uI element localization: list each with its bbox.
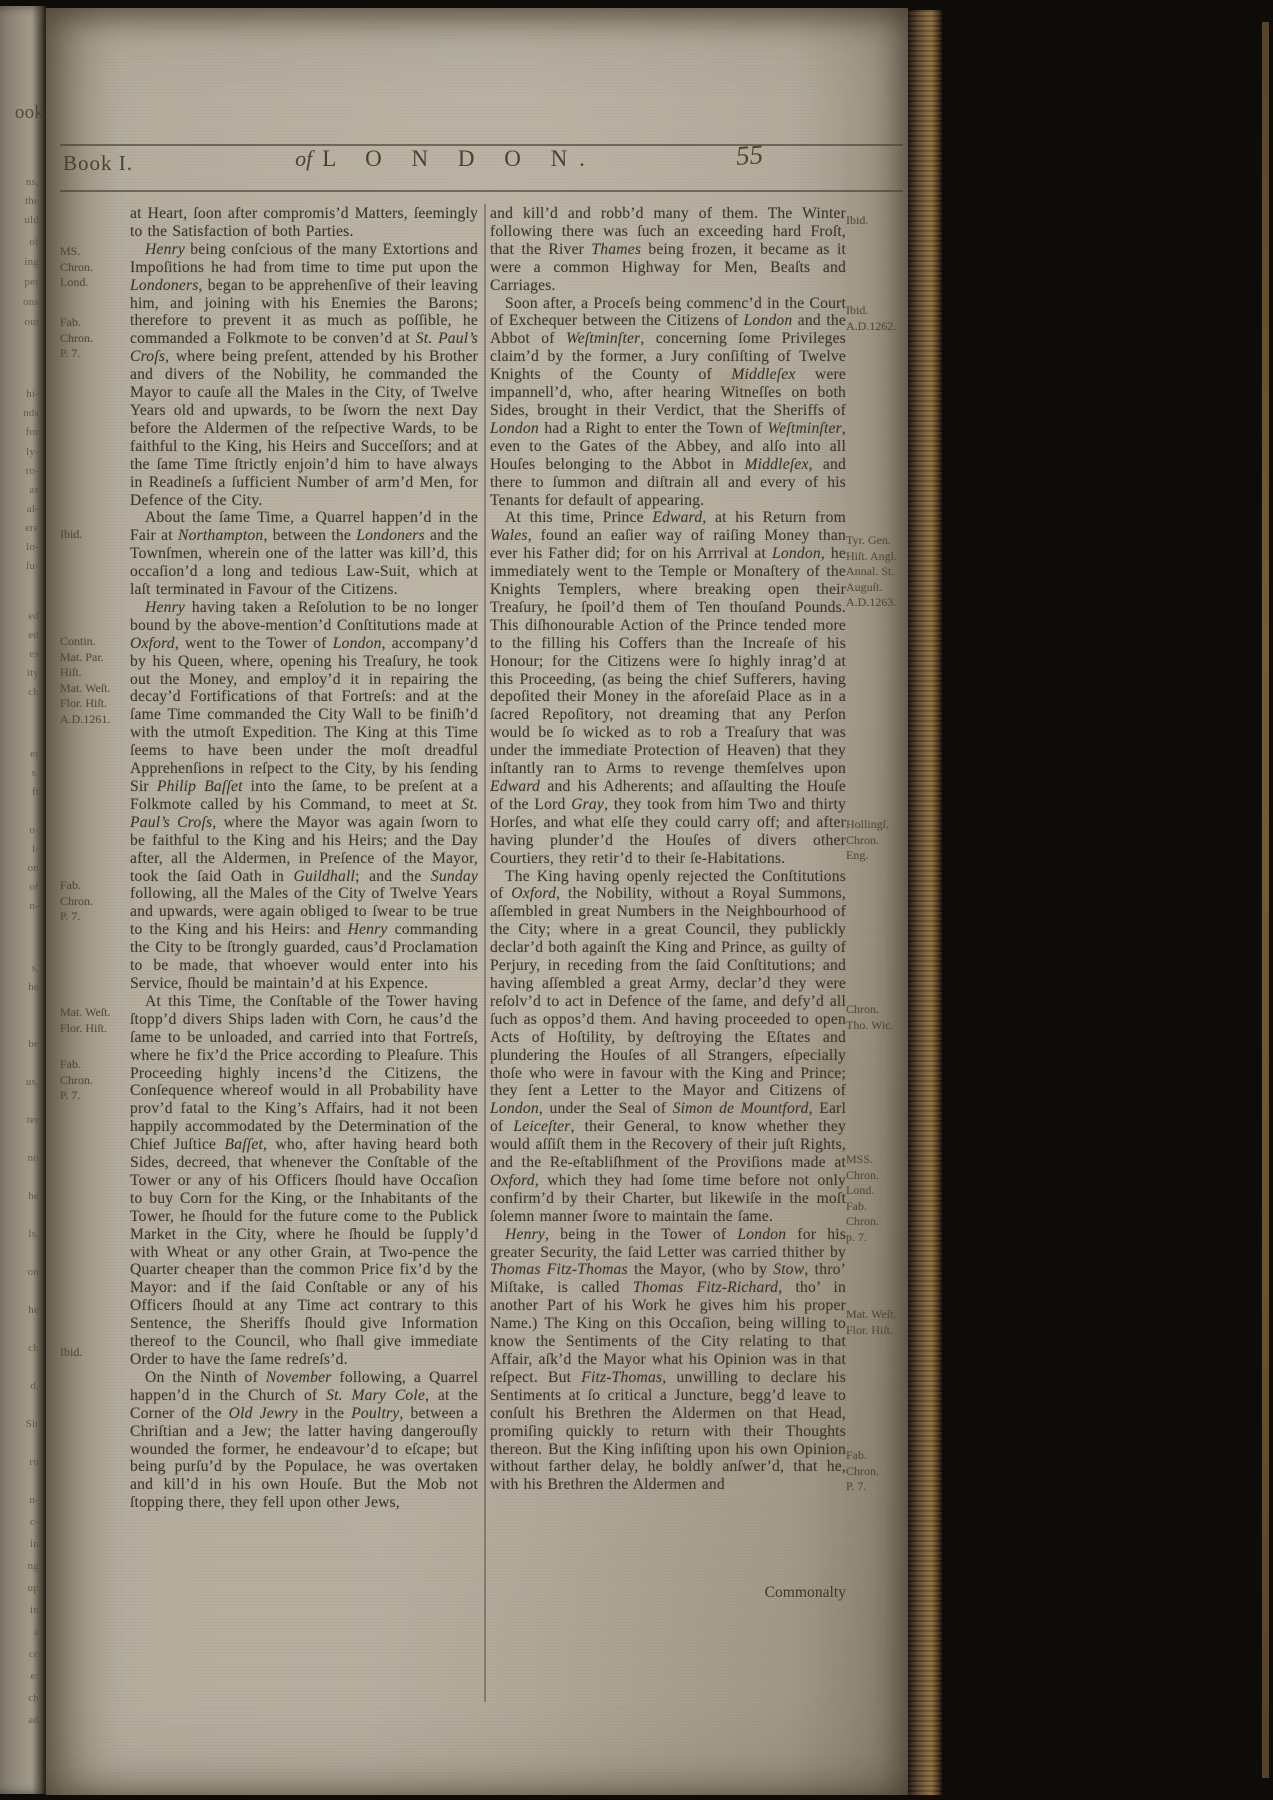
page-edge-text-fragment: s, (32, 962, 39, 974)
margin-note: Tyr. Gen. Hiſt. Angl. Annal. St. Auguſt.… (846, 533, 897, 611)
page-edge-text-fragment: on (28, 862, 39, 874)
margin-note: Mat. Weſt. Flor. Hiſt. (846, 1307, 896, 1338)
page-edge-text-fragment: ook (15, 102, 44, 124)
paragraph: On the Ninth of November following, a Qu… (130, 1369, 478, 1512)
page-edge-text-fragment: out (24, 316, 39, 328)
page-edge-text-fragment: in (30, 1538, 39, 1550)
paragraph: Henry being conſcious of the many Extort… (130, 241, 478, 510)
book-scan-photo: ookns,theuldofingperonsouthi-ndsforly-ro… (0, 0, 1273, 1800)
page-edge-text-fragment: ons (23, 296, 39, 308)
paragraph: at Heart, ſoon after compromis’d Matters… (130, 205, 478, 241)
column-divider (484, 204, 486, 1702)
scan-edge-strip (1262, 22, 1269, 1778)
book-fore-edge (908, 10, 942, 1795)
page-edge-text-fragment: ity (27, 667, 39, 679)
page-edge-text-fragment: up (28, 1582, 39, 1594)
page-edge-text-fragment: o- (29, 824, 39, 836)
margin-note: Fab. Chron. P. 7. (846, 1448, 879, 1495)
page-edge-text-fragment: n- (29, 900, 39, 912)
margin-note: Mat. Weſt. Flor. Hiſt. (60, 1005, 110, 1036)
page-edge-text-fragment: e: (31, 1670, 39, 1682)
margin-note: Fab. Chron. P. 7. (60, 315, 93, 362)
page-edge-text-fragment: l- (32, 843, 39, 855)
page-edge-text-fragment: Sir (26, 1418, 39, 1430)
page-edge-text-fragment: of (29, 881, 39, 893)
page-edge-text-fragment: ch (28, 1692, 39, 1704)
paragraph: Henry, being in the Tower of London for … (490, 1226, 846, 1495)
book-page: Book I. ofL O N D O N. 55 at Heart, ſoon… (46, 8, 908, 1795)
page-edge-text-fragment: es (29, 648, 39, 660)
page-title: ofL O N D O N. (286, 146, 606, 172)
margin-note: Ibid. (846, 213, 868, 229)
margin-note: Ibid. (60, 1345, 82, 1361)
previous-page-edge: ookns,theuldofingperonsouthi-ndsforly-ro… (0, 6, 46, 1794)
page-edge-text-fragment: for (26, 426, 39, 438)
paragraph: Soon after, a Proceſs being commenc’d in… (490, 295, 846, 510)
left-margin-notes: MS. Chron. Lond.Fab. Chron. P. 7.Ibid.Co… (60, 8, 128, 1795)
page-edge-text-fragment: ter (27, 1114, 39, 1126)
page-edge-text-fragment: ere (25, 522, 39, 534)
page-edge-text-fragment: ly- (26, 446, 39, 458)
page-edge-text-fragment: the (25, 195, 39, 207)
page-edge-text-fragment: us, (26, 1076, 39, 1088)
page-edge-text-fragment: ng (28, 1560, 39, 1572)
paragraph: Henry having taken a Reſolution to be no… (130, 599, 478, 993)
margin-note: MSS. Chron. Lond. Fab. Chron. p. 7. (846, 1152, 879, 1245)
page-edge-text-fragment: in (30, 1604, 39, 1616)
page-edge-text-fragment: s, (32, 767, 39, 779)
margin-note: Hollingſ. Chron. Eng. (846, 817, 889, 864)
paragraph: About the ſame Time, a Quarrel happen’d … (130, 509, 478, 599)
margin-note: Contin. Mat. Par. Hiſt. Mat. Weſt. Flor.… (60, 634, 110, 727)
page-edge-text-fragment: ns, (26, 176, 39, 188)
page-edge-text-fragment: ch (28, 686, 39, 698)
page-edge-text-fragment: er (30, 748, 39, 760)
paragraph: At this time, Prince Edward, at his Retu… (490, 509, 846, 867)
page-number: 55 (735, 139, 764, 172)
margin-note: Fab. Chron. P. 7. (60, 878, 93, 925)
page-edge-text-fragment: c- (30, 1516, 39, 1528)
catchword: Commonalty (490, 1584, 846, 1602)
page-edge-text-fragment: ing (24, 256, 39, 268)
page-edge-text-fragment: no (28, 1152, 39, 1164)
page-edge-text-fragment: on (28, 1266, 39, 1278)
left-column: at Heart, ſoon after compromis’d Matters… (130, 205, 478, 1512)
page-edge-text-fragment: as (29, 484, 39, 496)
page-edge-text-fragment: per (24, 276, 39, 288)
page-edge-text-fragment: ro (29, 1456, 39, 1468)
page-edge-text-fragment: ft (32, 786, 39, 798)
page-edge-text-fragment: be (28, 1038, 39, 1050)
page-edge-text-fragment: ad (28, 1714, 39, 1726)
page-edge-text-fragment: he (28, 981, 39, 993)
page-edge-text-fragment: a (34, 1626, 39, 1638)
page-edge-text-fragment: al- (27, 503, 39, 515)
page-edge-text-fragment: ch (28, 1342, 39, 1354)
paragraph: and kill’d and robb’d many of them. The … (490, 205, 846, 295)
page-edge-text-fragment: ed (28, 610, 39, 622)
margin-note: Fab. Chron. P. 7. (60, 1057, 93, 1104)
page-edge-text-fragment: he (28, 1190, 39, 1202)
margin-note: Ibid. A.D.1262. (846, 303, 896, 334)
page-edge-text-fragment: ed (28, 629, 39, 641)
header-rule-bottom (60, 190, 903, 192)
page-edge-text-fragment: hi- (26, 388, 39, 400)
page-edge-text-fragment: d, (30, 1380, 39, 1392)
page-edge-text-fragment: lo- (26, 541, 39, 553)
page-edge-text-fragment: of (29, 236, 39, 248)
page-edge-text-fragment: ſu- (26, 560, 39, 572)
margin-note: Ibid. (60, 527, 82, 543)
page-edge-text-fragment: ce (29, 1648, 39, 1660)
paragraph: The King having openly rejected the Conſ… (490, 868, 846, 1226)
paragraph: At this Time, the Conſtable of the Tower… (130, 993, 478, 1369)
page-edge-text-fragment: n- (29, 1494, 39, 1506)
page-edge-text-fragment: he (28, 1304, 39, 1316)
page-edge-text-fragment: nds (23, 407, 39, 419)
page-edge-text-fragment: ro- (26, 465, 39, 477)
right-column: and kill’d and robb’d many of them. The … (490, 205, 846, 1494)
page-edge-text-fragment: uld (24, 214, 39, 226)
page-edge-text-fragment: ls, (28, 1228, 39, 1240)
margin-note: MS. Chron. Lond. (60, 244, 93, 291)
margin-note: Chron. Tho. Wic. (846, 1002, 894, 1033)
